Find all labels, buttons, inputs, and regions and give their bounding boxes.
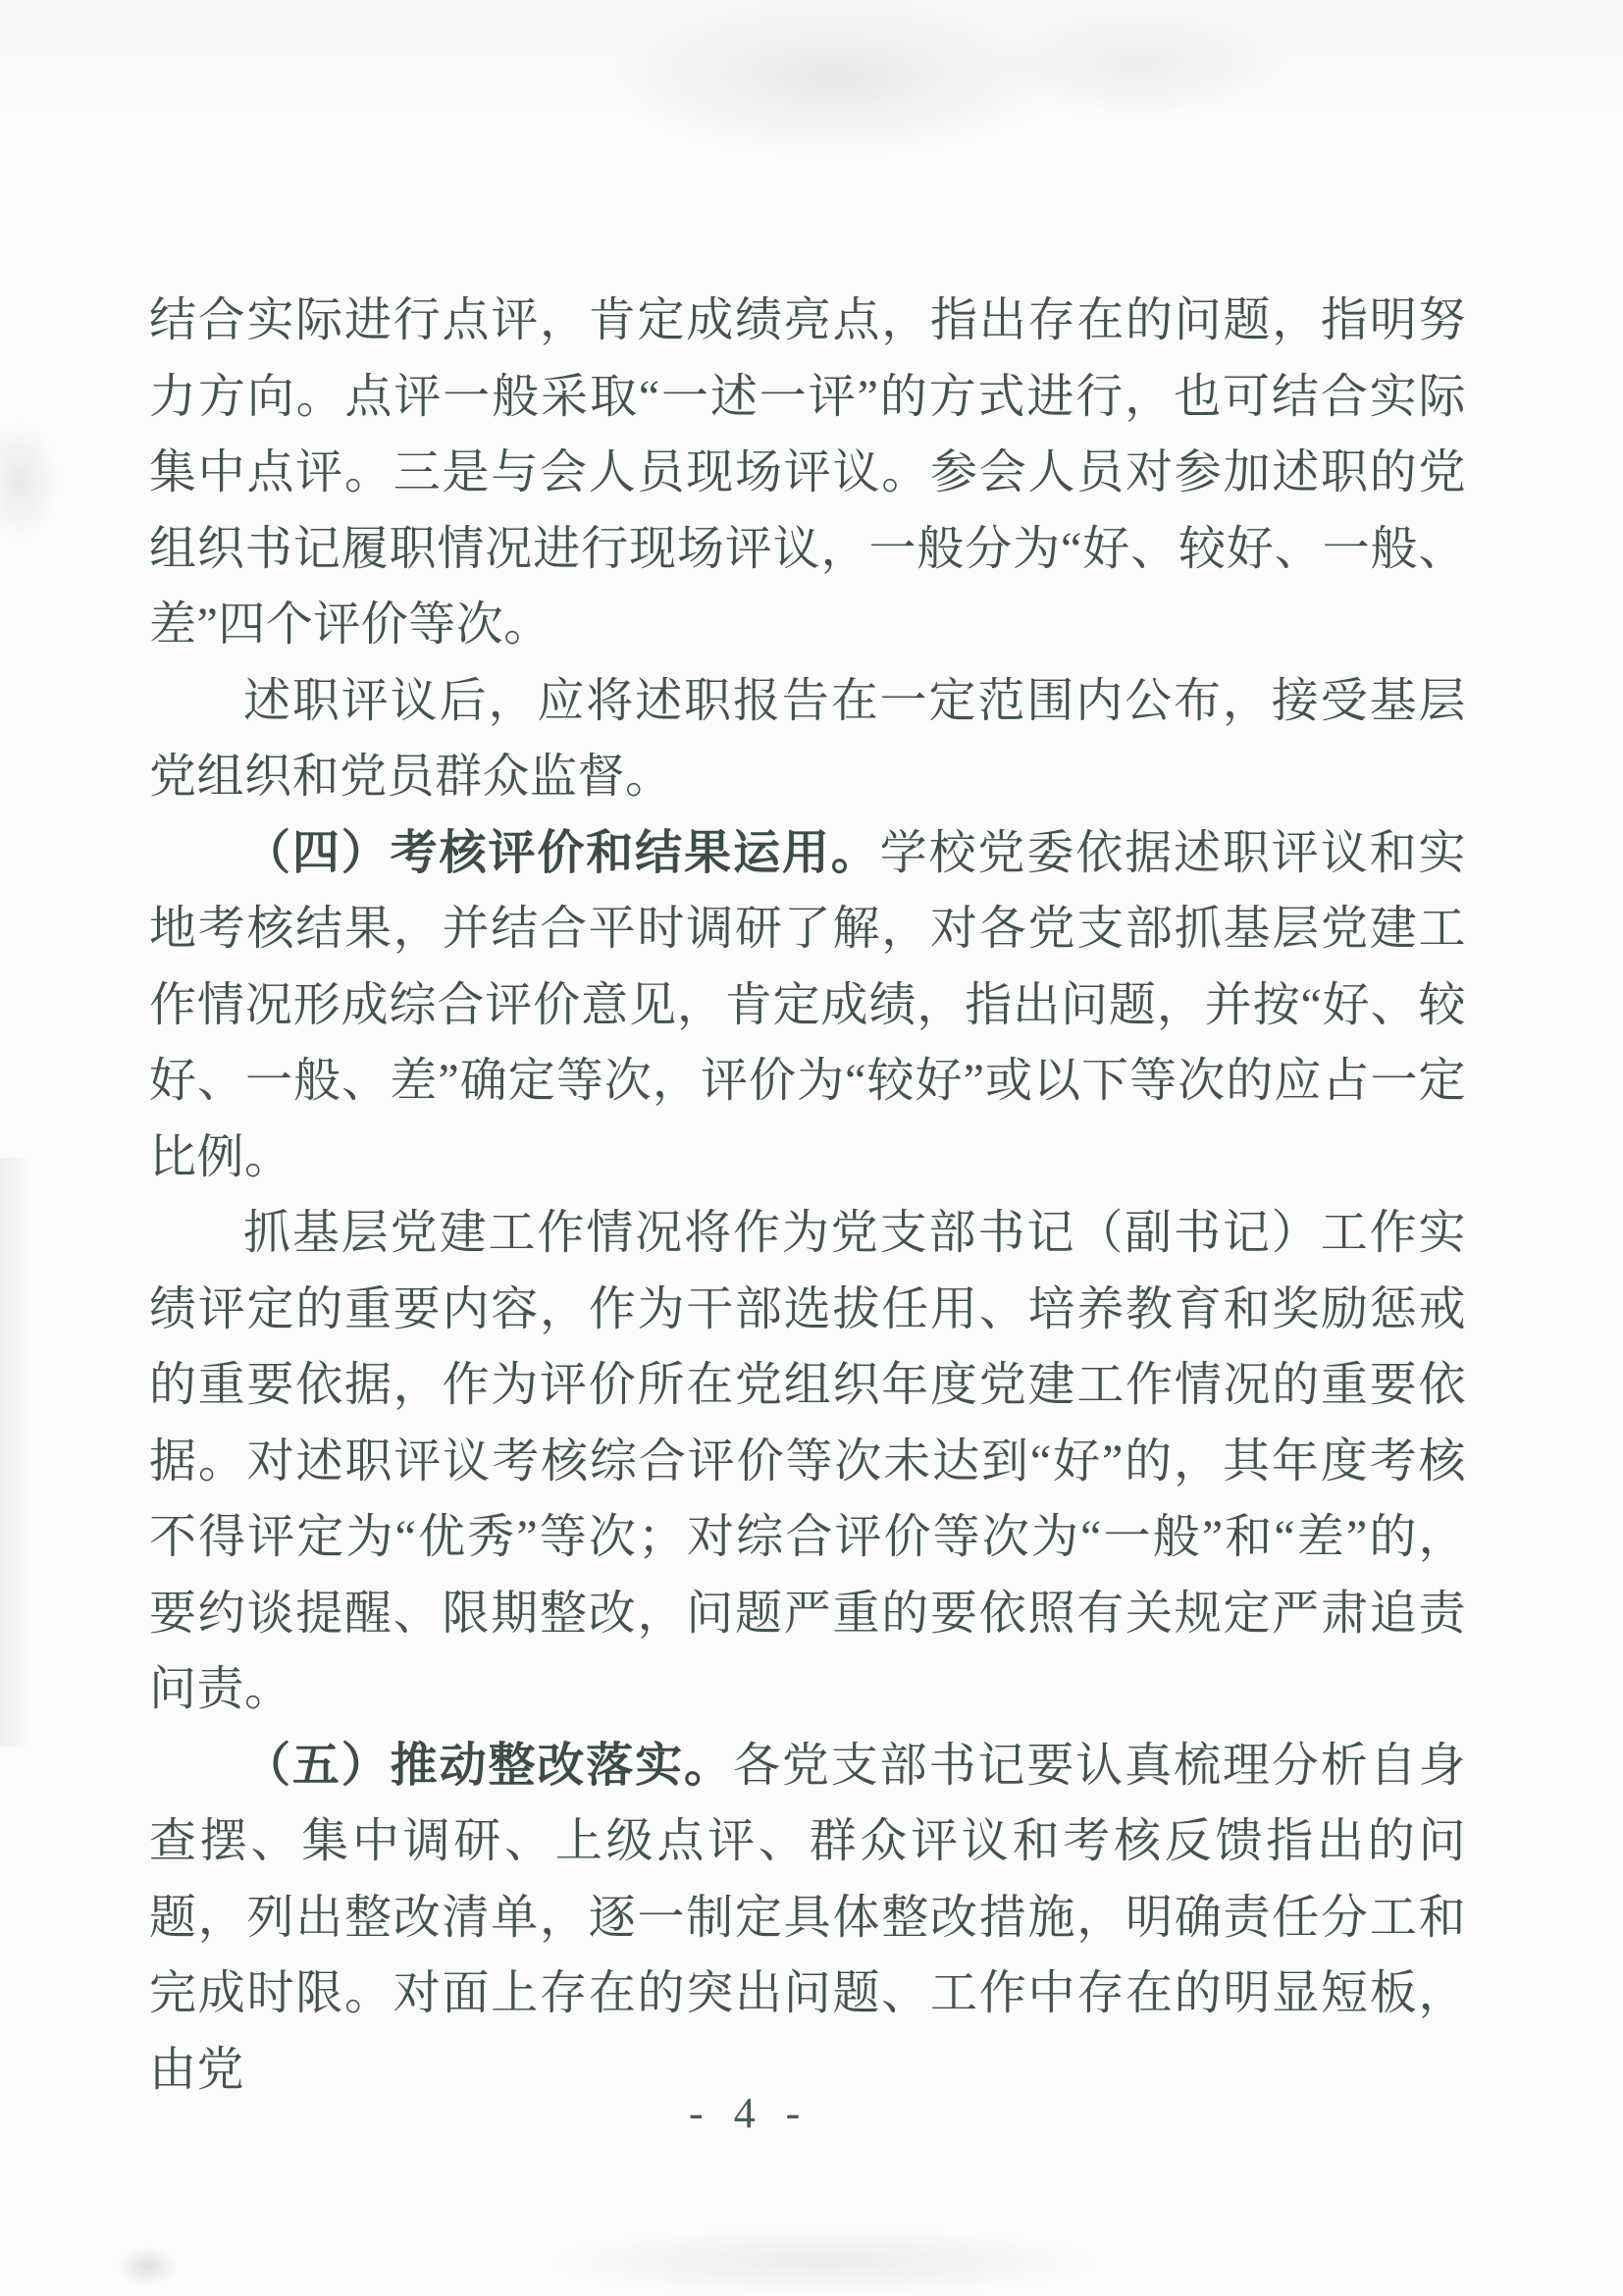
section-heading-4: （四）考核评价和结果运用。 [243, 827, 880, 879]
paragraph-result-usage: 抓基层党建工作情况将作为党支部书记（副书记）工作实绩评定的重要内容，作为干部选拔… [149, 1195, 1466, 1728]
scan-artifact [608, 0, 1060, 157]
paragraph-text: 结合实际进行点评，肯定成绩亮点，指出存在的问题，指明努力方向。点评一般采取“一述… [149, 294, 1466, 651]
scan-artifact [991, 10, 1285, 118]
paragraph-continuation: 结合实际进行点评，肯定成绩亮点，指出存在的问题，指明努力方向。点评一般采取“一述… [149, 283, 1466, 663]
scan-artifact [550, 2227, 1099, 2296]
scan-artifact [0, 1158, 29, 1747]
document-page: 结合实际进行点评，肯定成绩亮点，指出存在的问题，指明努力方向。点评一般采取“一述… [0, 0, 1623, 2296]
scan-artifact [118, 2247, 177, 2286]
paragraph-text: 述职评议后，应将述职报告在一定范围内公布，接受基层党组织和党员群众监督。 [149, 675, 1466, 804]
paragraph-section-4: （四）考核评价和结果运用。学校党委依据述职评议和实地考核结果，并结合平时调研了解… [149, 815, 1466, 1196]
paragraph-text: 抓基层党建工作情况将作为党支部书记（副书记）工作实绩评定的重要内容，作为干部选拔… [149, 1207, 1466, 1715]
paragraph-review-publication: 述职评议后，应将述职报告在一定范围内公布，接受基层党组织和党员群众监督。 [149, 663, 1466, 815]
scan-artifact [0, 422, 59, 540]
section-heading-5: （五）推动整改落实。 [243, 1740, 733, 1792]
paragraph-text: 学校党委依据述职评议和实地考核结果，并结合平时调研了解，对各党支部抓基层党建工作… [149, 827, 1466, 1183]
document-body: 结合实际进行点评，肯定成绩亮点，指出存在的问题，指明努力方向。点评一般采取“一述… [149, 283, 1466, 2108]
paragraph-section-5: （五）推动整改落实。各党支部书记要认真梳理分析自身查摆、集中调研、上级点评、群众… [149, 1728, 1466, 2109]
page-number: - 4 - [689, 2088, 944, 2138]
paragraph-text: 各党支部书记要认真梳理分析自身查摆、集中调研、上级点评、群众评议和考核反馈指出的… [149, 1740, 1466, 2096]
